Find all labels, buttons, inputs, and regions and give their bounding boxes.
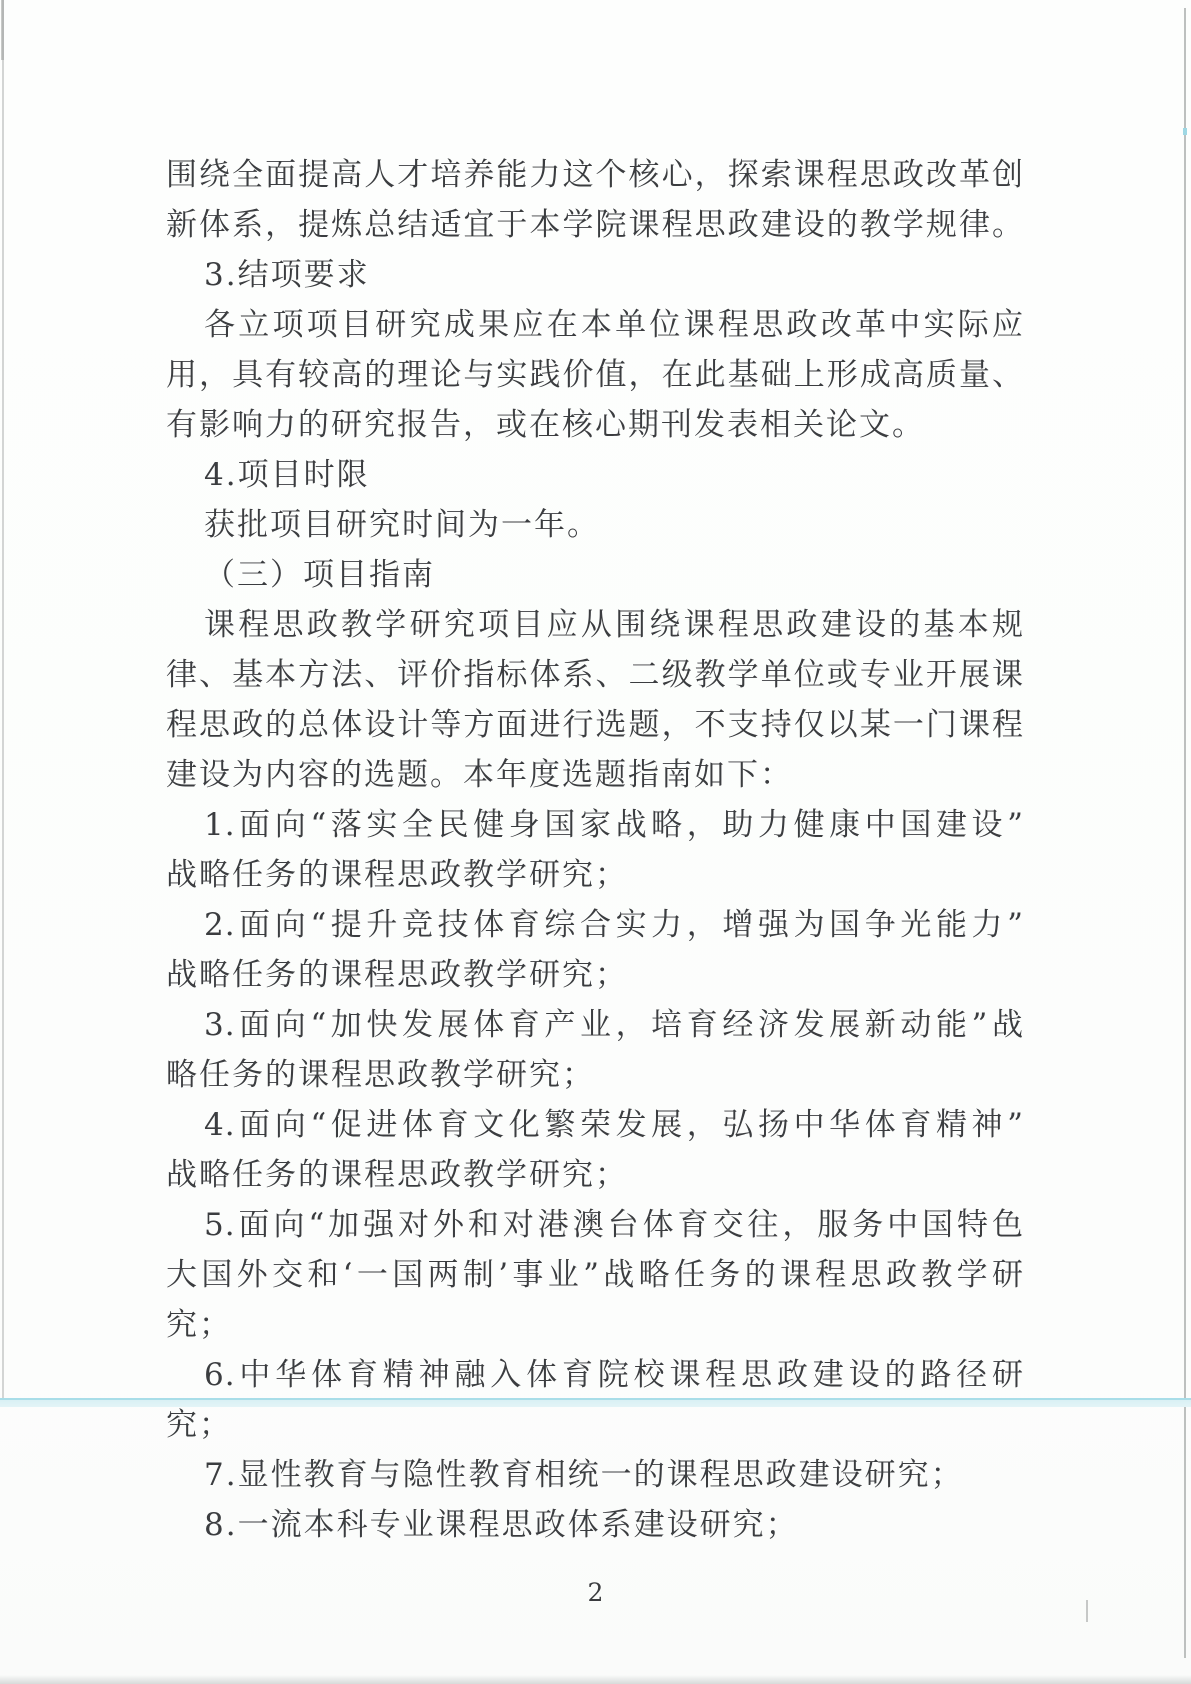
page-number: 2	[0, 1576, 1191, 1610]
text-line: 战略任务的课程思政教学研究；	[166, 950, 1024, 1000]
text-line: 建设为内容的选题。本年度选题指南如下：	[166, 750, 1024, 800]
text-line: 3.结项要求	[166, 250, 1024, 300]
text-line: 各立项项目研究成果应在本单位课程思政改革中实际应	[166, 300, 1024, 350]
text-line: 战略任务的课程思政教学研究；	[166, 850, 1024, 900]
text-line: 究；	[166, 1400, 1024, 1450]
text-line: 用，具有较高的理论与实践价值，在此基础上形成高质量、	[166, 350, 1024, 400]
text-line: 8.一流本科专业课程思政体系建设研究；	[166, 1500, 1024, 1550]
text-line: 5.面向“加强对外和对港澳台体育交往，服务中国特色	[166, 1200, 1024, 1250]
text-line: 课程思政教学研究项目应从围绕课程思政建设的基本规	[166, 600, 1024, 650]
scan-bottom-shadow	[0, 1675, 1191, 1684]
text-line: （三）项目指南	[166, 550, 1024, 600]
text-line: 围绕全面提高人才培养能力这个核心，探索课程思政改革创	[166, 150, 1024, 200]
document-body: 围绕全面提高人才培养能力这个核心，探索课程思政改革创新体系，提炼总结适宜于本学院…	[166, 150, 1024, 1550]
scan-cyan-speck	[1183, 128, 1187, 135]
text-line: 3.面向“加快发展体育产业，培育经济发展新动能”战	[166, 1000, 1024, 1050]
text-line: 1.面向“落实全民健身国家战略，助力健康中国建设”	[166, 800, 1024, 850]
text-line: 律、基本方法、评价指标体系、二级教学单位或专业开展课	[166, 650, 1024, 700]
text-line: 大国外交和‘一国两制’事业”战略任务的课程思政教学研	[166, 1250, 1024, 1300]
text-line: 程思政的总体设计等方面进行选题，不支持仅以某一门课程	[166, 700, 1024, 750]
text-line: 略任务的课程思政教学研究；	[166, 1050, 1024, 1100]
text-line: 7.显性教育与隐性教育相统一的课程思政建设研究；	[166, 1450, 1024, 1500]
text-line: 获批项目研究时间为一年。	[166, 500, 1024, 550]
text-line: 新体系，提炼总结适宜于本学院课程思政建设的教学规律。	[166, 200, 1024, 250]
scan-left-edge-line	[2, 0, 4, 1400]
text-line: 4.项目时限	[166, 450, 1024, 500]
text-line: 4.面向“促进体育文化繁荣发展，弘扬中华体育精神”	[166, 1100, 1024, 1150]
scan-right-edge-line	[1184, 8, 1186, 1658]
text-line: 战略任务的课程思政教学研究；	[166, 1150, 1024, 1200]
scan-left-edge-dark-segment	[1, 0, 4, 60]
text-line: 6.中华体育精神融入体育院校课程思政建设的路径研	[166, 1350, 1024, 1400]
text-line: 2.面向“提升竞技体育综合实力，增强为国争光能力”	[166, 900, 1024, 950]
scanned-page: 围绕全面提高人才培养能力这个核心，探索课程思政改革创新体系，提炼总结适宜于本学院…	[0, 0, 1191, 1684]
text-line: 究；	[166, 1300, 1024, 1350]
text-line: 有影响力的研究报告，或在核心期刊发表相关论文。	[166, 400, 1024, 450]
